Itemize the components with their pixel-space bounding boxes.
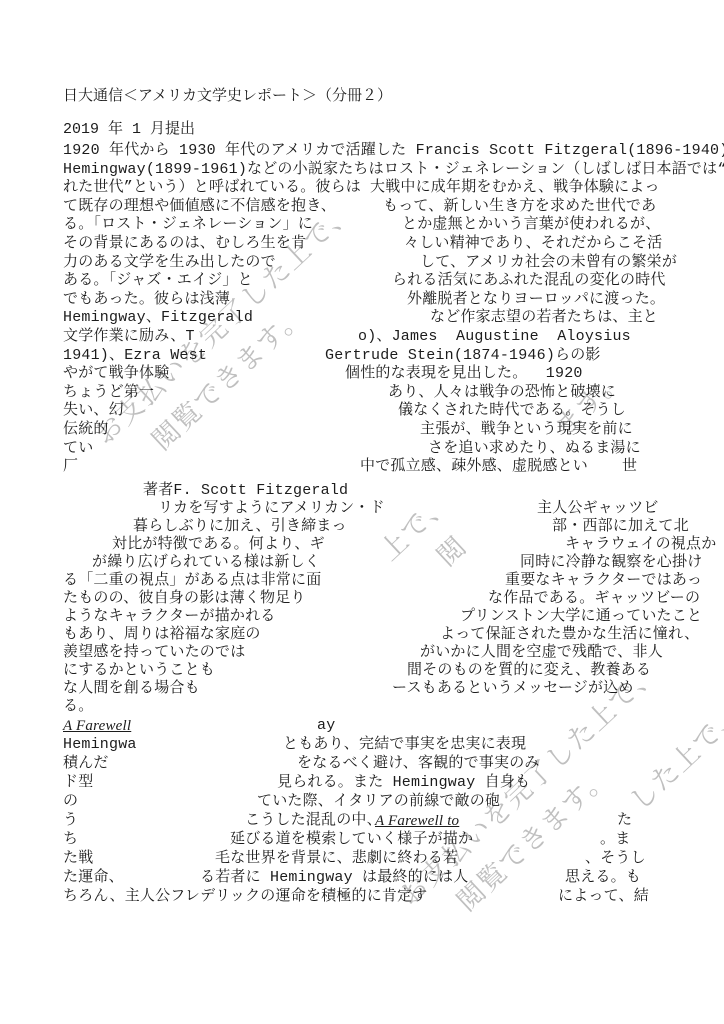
- text-fragment: が繰り広げられている様は新しく: [92, 555, 320, 571]
- text-fragment: ていた際、イタリアの前線で敵の砲: [257, 794, 500, 810]
- text-fragment: てい: [63, 441, 93, 457]
- text-fragment: な人間を創る場合も: [63, 681, 200, 697]
- text-fragment: た戦: [63, 851, 93, 867]
- text-fragment: Hemingway(1899-1961)などの小説家たちはロスト・ジェネレーショ…: [63, 162, 724, 178]
- text-fragment: 羨望感を持っていたのでは: [63, 645, 245, 661]
- document-date: 2019 年 1 月提出: [63, 117, 195, 138]
- text-fragment: な作品である。ギャッツビーの: [488, 591, 700, 607]
- text-fragment: 厂: [63, 459, 78, 475]
- text-fragment: A Farewell: [63, 718, 131, 734]
- text-fragment: ちろん、主人公フレデリックの運命を積極的に肯定す: [63, 889, 428, 905]
- text-fragment: 中で孤立感、疎外感、虚脱感とい: [360, 459, 588, 475]
- text-fragment: る若者に Hemingway は最終的には人: [200, 870, 468, 886]
- text-fragment: やがて戦争体験: [63, 366, 169, 382]
- text-fragment: 文学作業に励み、T: [63, 329, 195, 345]
- text-fragment: あり、人々は戦争の恐怖と破壊に: [388, 385, 616, 401]
- text-fragment: 外離脱者となりヨーロッパに渡った。: [407, 292, 665, 308]
- text-fragment: 、そうし: [585, 851, 646, 867]
- text-fragment: 々しい精神であり、それだからこそ活: [404, 236, 662, 252]
- text-fragment: して、アメリカ社会の未曾有の繁栄が: [420, 255, 677, 271]
- text-fragment: 失い、幻: [63, 403, 124, 419]
- text-fragment: たものの、彼自身の影は薄く物足り: [63, 591, 306, 607]
- text-fragment: ースもあるというメッセージが込め: [392, 681, 634, 697]
- text-fragment: もあり、周りは裕福な家庭の: [63, 627, 261, 643]
- text-fragment: れた世代”という）と呼ばれている。彼らは: [63, 180, 361, 196]
- text-fragment: Hemingwa: [63, 737, 137, 753]
- text-fragment: る「二重の視点」がある点は非常に面: [63, 573, 321, 589]
- text-fragment: 大戦中に成年期をむかえ、戦争体験によっ: [370, 180, 660, 196]
- text-fragment: られる活気にあふれた混乱の変化の時代: [392, 273, 666, 289]
- text-fragment: ay: [317, 718, 335, 734]
- text-fragment: 延びる道を模索していく様子が描か: [230, 832, 473, 848]
- text-fragment: とか虚無とかいう言葉が使われるが、: [402, 217, 660, 233]
- document-title: 日大通信＜アメリカ文学史レポート＞（分冊２）: [63, 84, 392, 105]
- text-fragment: う: [63, 813, 78, 829]
- text-fragment: 著者F. Scott Fitzgerald: [143, 483, 348, 499]
- text-layer: 日大通信＜アメリカ文学史レポート＞（分冊２） 2019 年 1 月提出 1920…: [0, 0, 724, 1024]
- text-fragment: 見られる。また Hemingway 自身も: [277, 775, 530, 791]
- text-fragment: 対比が特徴である。何より、ギ: [112, 537, 325, 553]
- text-fragment: A Farewell to: [375, 813, 459, 829]
- document-page: お支払いを完了した上で、閲覧できます。ます。上で、閲お支払いを完了した上で、閲覧…: [0, 0, 724, 1024]
- text-fragment: 伝統的: [63, 422, 109, 438]
- text-fragment: 個性的な表現を見出した。 1920: [345, 366, 583, 382]
- text-fragment: によって、結: [558, 889, 649, 905]
- text-fragment: など作家志望の若者たちは、主と: [430, 310, 658, 326]
- text-fragment: る。: [63, 699, 93, 715]
- text-fragment: ある。「ジャズ・エイジ」と: [63, 273, 253, 289]
- text-fragment: 部・西部に加えて北: [552, 519, 689, 535]
- text-fragment: リカを写すようにアメリカン・ド: [158, 501, 385, 517]
- text-fragment: て既存の理想や価値感に不信感を抱き、: [63, 199, 336, 215]
- text-fragment: がいかに人間を空虚で残酷で、非人: [420, 645, 663, 661]
- text-fragment: 主人公ギャッツビ: [537, 501, 659, 517]
- text-fragment: 力のある文学を生み出したので: [63, 255, 276, 271]
- text-fragment: 儀なくされた時代である。そうし: [398, 403, 626, 419]
- text-fragment: 。ま: [600, 832, 630, 848]
- text-fragment: さを追い求めたり、ぬるま湯に: [428, 441, 641, 457]
- text-fragment: プリンストン大学に通っていたこと: [460, 609, 702, 625]
- text-fragment: でもあった。彼らは浅薄: [63, 292, 230, 308]
- text-fragment: 間そのものを質的に変え、教養ある: [407, 663, 651, 679]
- text-fragment: た: [617, 813, 632, 829]
- text-fragment: 1920 年代から 1930 年代のアメリカで活躍した Francis Scot…: [63, 143, 724, 159]
- text-fragment: 重要なキャラクターではあっ: [505, 573, 702, 589]
- text-fragment: Hemingway、Fitzgerald: [63, 310, 253, 326]
- text-fragment: の: [63, 794, 78, 810]
- text-fragment: キャラウェイの視点か: [565, 537, 716, 553]
- text-fragment: た運命、: [63, 870, 124, 886]
- text-fragment: をなるべく避け、客観的で事実のみ: [297, 756, 540, 772]
- text-fragment: 暮らしぶりに加え、引き締まっ: [133, 519, 347, 535]
- text-fragment: ようなキャラクターが描かれる: [63, 609, 276, 625]
- text-fragment: 積んだ: [63, 756, 109, 772]
- text-fragment: 世: [622, 459, 637, 475]
- text-fragment: Gertrude Stein(1874-1946)らの影: [325, 348, 601, 364]
- text-fragment: もって、新しい生き方を求めた世代であ: [383, 199, 656, 215]
- text-fragment: こうした混乱の中、: [245, 813, 382, 829]
- text-fragment: その背景にあるのは、むしろ生を肯: [63, 236, 306, 252]
- text-fragment: 思える。も: [565, 870, 641, 886]
- text-fragment: ともあり、完結で事実を忠実に表現: [283, 737, 526, 753]
- text-fragment: o)、James Augustine Aloysius: [358, 329, 631, 345]
- text-fragment: 主張が、戦争という現実を前に: [420, 422, 633, 438]
- text-fragment: 毛な世界を背景に、悲劇に終わる若: [215, 851, 458, 867]
- text-fragment: る。「ロスト・ジェネレーション」に: [63, 217, 313, 233]
- text-fragment: 同時に冷静な観察を心掛け: [520, 555, 702, 571]
- text-fragment: ち: [63, 832, 78, 848]
- text-fragment: にするかということも: [63, 663, 215, 679]
- text-fragment: よって保証された豊かな生活に憧れ、: [440, 627, 699, 643]
- text-fragment: ド型: [63, 775, 93, 791]
- text-fragment: 1941)、Ezra West: [63, 348, 207, 364]
- text-fragment: ちょうど第一: [63, 385, 154, 401]
